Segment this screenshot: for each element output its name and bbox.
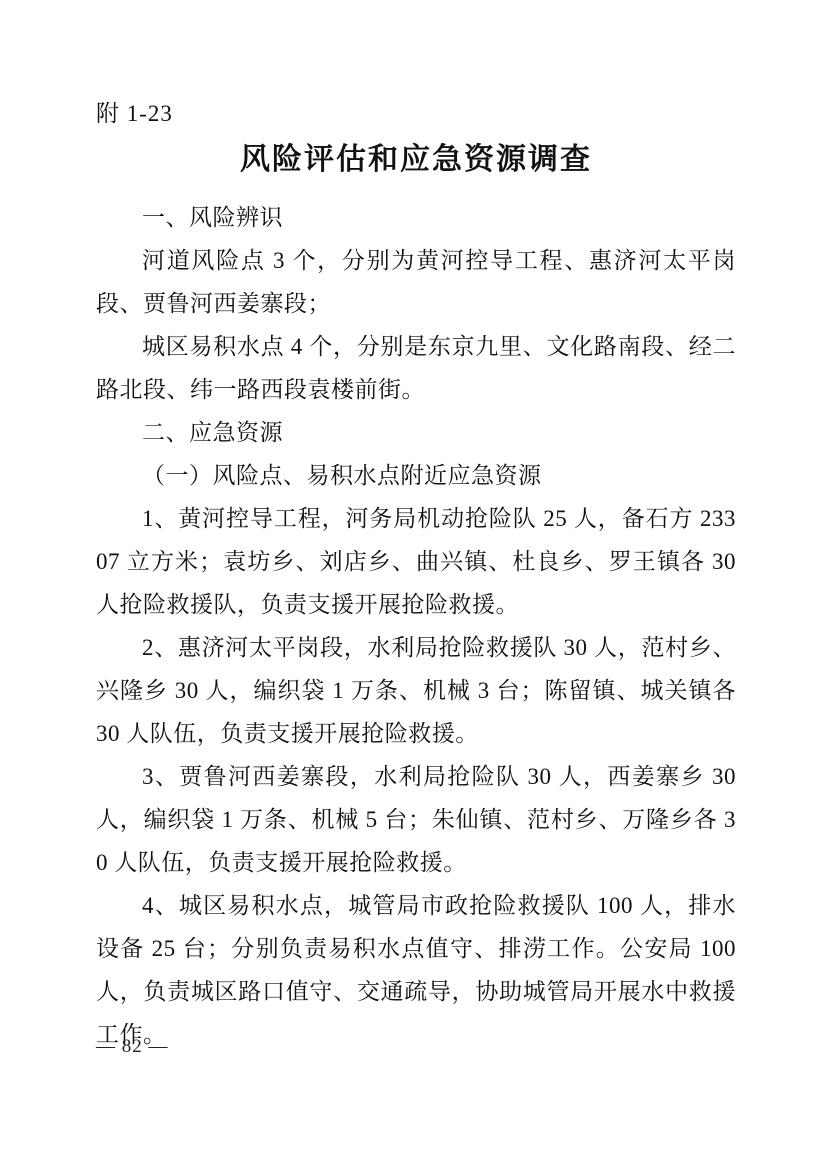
document-page: 附 1-23 风险评估和应急资源调查 一、风险辨识 河道风险点 3 个，分别为黄… <box>0 0 826 1169</box>
paragraph-section-2-heading: 二、应急资源 <box>96 411 736 454</box>
paragraph-subsection-heading: （一）风险点、易积水点附近应急资源 <box>96 454 736 497</box>
document-title: 风险评估和应急资源调查 <box>96 134 736 178</box>
page-number: — 82 — <box>96 1036 169 1058</box>
document-body: 一、风险辨识 河道风险点 3 个，分别为黄河控导工程、惠济河太平岗段、贾鲁河西姜… <box>96 196 736 1056</box>
paragraph-urban-flood-points: 城区易积水点 4 个，分别是东京九里、文化路南段、经二路北段、纬一路西段袁楼前街… <box>96 325 736 411</box>
paragraph-item-3-jialu-river: 3、贾鲁河西姜寨段，水利局抢险队 30 人，西姜寨乡 30 人，编织袋 1 万条… <box>96 755 736 884</box>
paragraph-river-risk-points: 河道风险点 3 个，分别为黄河控导工程、惠济河太平岗段、贾鲁河西姜寨段； <box>96 239 736 325</box>
paragraph-section-1-heading: 一、风险辨识 <box>96 196 736 239</box>
paragraph-item-1-yellow-river: 1、黄河控导工程，河务局机动抢险队 25 人，备石方 23307 立方米；袁坊乡… <box>96 497 736 626</box>
paragraph-item-2-huiji-river: 2、惠济河太平岗段，水利局抢险救援队 30 人，范村乡、兴隆乡 30 人，编织袋… <box>96 626 736 755</box>
paragraph-item-4-urban-points: 4、城区易积水点，城管局市政抢险救援队 100 人，排水设备 25 台；分别负责… <box>96 884 736 1056</box>
attachment-label: 附 1-23 <box>96 100 736 128</box>
